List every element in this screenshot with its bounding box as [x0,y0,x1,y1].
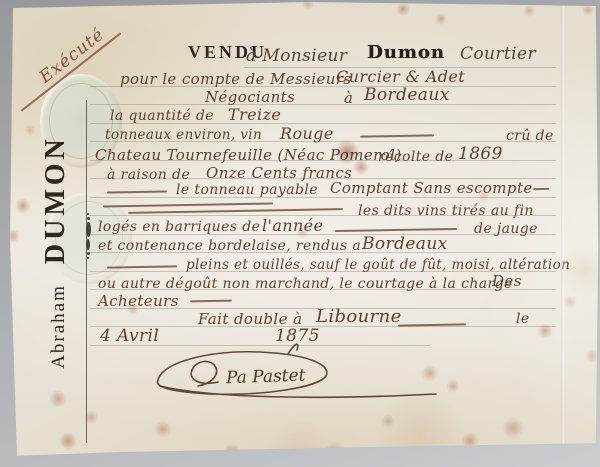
harvest-label: récolte de [378,149,453,165]
condition-line1: pleins et ouillés, sauf le goût de fût, … [186,257,570,273]
place-name: Libourne [316,306,402,327]
buyers-names: Curcier & Adet [336,67,465,86]
pen-dash [335,228,457,232]
cru-label: crû de [506,128,554,144]
casks-year: l'année [262,216,323,235]
delivery-city: Bordeaux [362,234,448,254]
buyers-city: Bordeaux [364,85,450,105]
broker-title: Courtier [460,44,536,64]
quantity-value: Treize [228,105,281,124]
ruled-line [90,104,556,105]
broker-name: Dumon [367,42,445,63]
broker-last-name: DUMON [40,135,71,264]
signature-initial [191,361,218,386]
estate-name: Chateau Tournefeuille (Néac Pomerol) [95,146,402,164]
payable-label: le tonneau payable [176,182,318,198]
pen-dash [360,134,434,137]
signature-upstroke [288,344,298,354]
at-word: à [344,89,353,107]
photograph-of-document: AbrahamDUMON Exécuté VENDU à Monsieur Du… [0,0,600,467]
quantity-label: la quantité de [110,108,214,124]
ruled-line [90,197,556,198]
drawn-line: les dits vins tirés au fin [358,203,534,219]
signature-name: Pa Pastet [225,365,306,388]
capacity-line: et contenance bordelaise, rendus a [98,238,361,254]
unit-line: tonneaux environ, vin [105,127,262,143]
pen-dash [190,300,232,303]
casks-label: logés en barriques de [98,219,260,235]
pen-dash [107,265,177,268]
payment-terms: Comptant Sans escompte [330,179,533,197]
condition-line2-end: Des [492,272,522,290]
pen-dash [533,188,549,190]
broker-first-name: Abraham [48,284,69,369]
wine-color: Rouge [280,124,334,143]
buyers-role: Négociants [205,88,295,106]
pen-dash [128,208,343,214]
condition-line2: ou autre dégoût non marchand, le courtag… [98,276,513,292]
pen-dash [107,190,167,193]
price-label: à raison de [107,167,190,183]
paper-crease [561,4,565,446]
account-prefix: pour le compte de Messieurs [120,70,352,88]
document-paper: AbrahamDUMON Exécuté VENDU à Monsieur Du… [0,0,600,467]
signature-flourish: Pa Pastet [140,336,450,408]
condition-line3: Acheteurs [98,292,179,310]
gauge-label: de jauge [474,221,538,237]
margin-ornament [83,213,93,273]
pen-dash [103,203,273,208]
the-word: le [516,311,530,327]
vintage-year: 1869 [458,144,503,164]
to-monsieur: à Monsieur [246,46,347,66]
broker-margin-name: AbrahamDUMON [40,130,80,374]
